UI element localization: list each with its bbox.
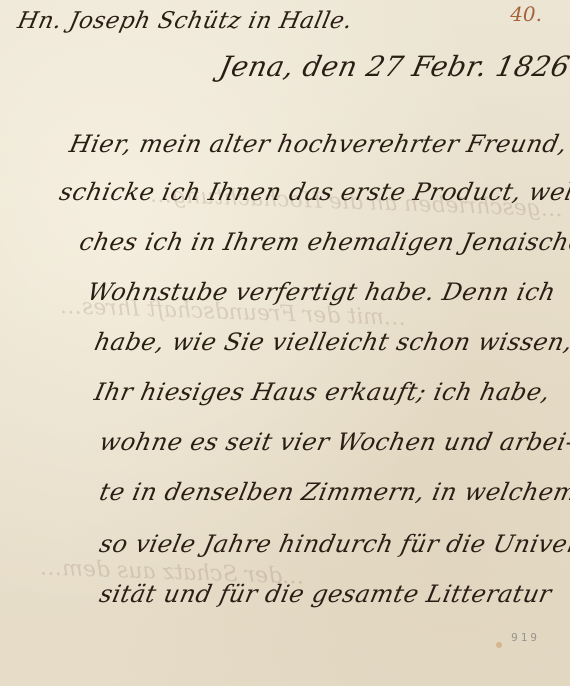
letter-line: schicke ich Ihnen das erste Product, wel… [57, 178, 570, 206]
addressee-line: Hn. Joseph Schütz in Halle. [15, 8, 355, 34]
dateline: Jena, den 27 Febr. 1826. [216, 50, 570, 83]
archive-stamp: 919 [511, 631, 540, 644]
letter-line: sität und für die gesamte Litteratur [97, 580, 554, 608]
letter-line: te in denselben Zimmern, in welchem Sie [97, 478, 570, 506]
foxing-spot [496, 642, 502, 648]
letter-line: Ihr hiesiges Haus erkauft; ich habe, [92, 378, 553, 406]
letter-line: wohne es seit vier Wochen und arbei- [97, 428, 570, 456]
letter-line: Wohnstube verfertigt habe. Denn ich [85, 278, 558, 306]
letter-page: …geschrieben an die Hochachtung… …mit de… [0, 0, 570, 686]
folio-number: 40. [510, 2, 542, 26]
letter-line: so viele Jahre hindurch für die Univer- [97, 530, 570, 558]
letter-line: ches ich in Ihrem ehemaligen Jenaischen [77, 228, 570, 256]
letter-line: Hier, mein alter hochverehrter Freund, [67, 130, 570, 158]
letter-line: habe, wie Sie vielleicht schon wissen, [92, 328, 570, 356]
